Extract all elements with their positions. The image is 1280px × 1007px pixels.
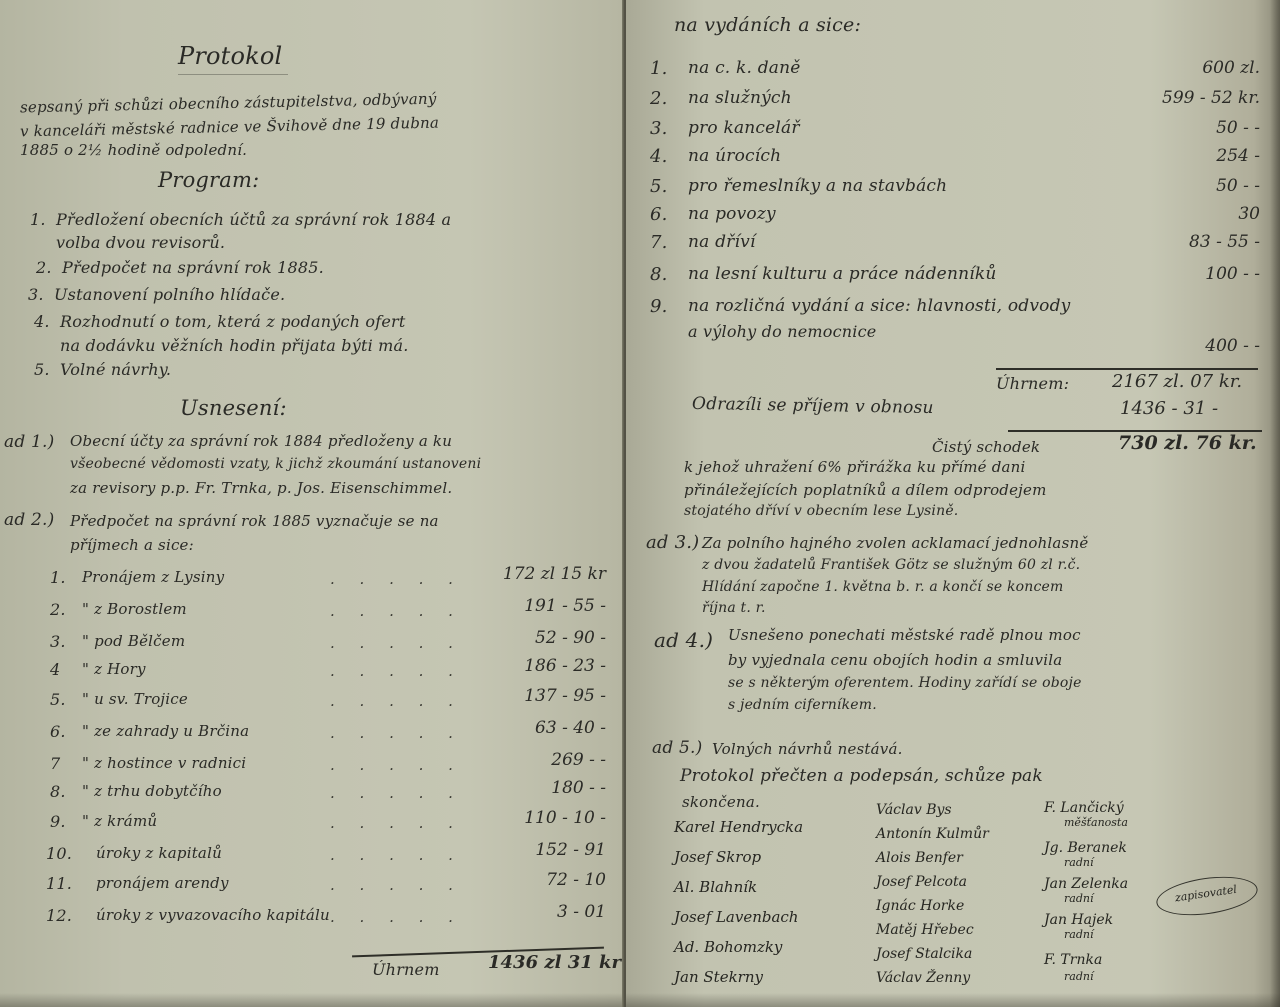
income-item-number: 11. bbox=[46, 874, 72, 893]
expense-item-description: na rozličná vydání a sice: hlavnosti, od… bbox=[688, 296, 1070, 316]
program-heading: Program: bbox=[158, 168, 259, 192]
leader-dots: . . . . . bbox=[330, 908, 463, 926]
income-item-amount: 191 - 55 - bbox=[524, 596, 606, 616]
signature: Jan Zelenka bbox=[1044, 876, 1128, 892]
expense-item-description: pro kancelář bbox=[688, 118, 800, 138]
income-item-description: " ze zahrady u Brčina bbox=[82, 722, 249, 740]
ad4-line: Usnešeno ponechati městské radě plnou mo… bbox=[728, 626, 1081, 644]
income-item-number: 5. bbox=[50, 690, 66, 709]
ad4-line: by vyjednala cenu obojích hodin a smluvi… bbox=[728, 651, 1062, 669]
ad1-label: ad 1.) bbox=[4, 432, 54, 452]
page-shadow bbox=[0, 993, 624, 1007]
program-item-number: 3. bbox=[28, 285, 44, 304]
income-item-description: " z krámů bbox=[82, 812, 157, 830]
expense-item-description-cont: a výlohy do nemocnice bbox=[688, 322, 876, 341]
ad1-line: za revisory p.p. Fr. Trnka, p. Jos. Eise… bbox=[70, 479, 452, 497]
signature: F. Trnka bbox=[1044, 952, 1102, 968]
program-item-number: 2. bbox=[36, 258, 52, 277]
signature: Josef Pelcota bbox=[876, 874, 967, 890]
leader-dots: . . . . . bbox=[330, 634, 463, 652]
expense-item-number: 9. bbox=[650, 296, 668, 317]
signature: radní bbox=[1064, 892, 1093, 905]
program-item-text: Rozhodnutí o tom, která z podaných ofert bbox=[60, 312, 406, 331]
expense-item-number: 2. bbox=[650, 88, 668, 109]
income-item-number: 3. bbox=[50, 632, 66, 651]
income-item-description: " u sv. Trojice bbox=[82, 690, 188, 708]
program-item-text: Ustanovení polního hlídače. bbox=[54, 285, 285, 304]
intro-line: sepsaný při schůzi obecního zástupitelst… bbox=[20, 90, 437, 117]
intro-line: v kanceláři městské radnice ve Švihově d… bbox=[20, 114, 439, 141]
leader-dots: . . . . . bbox=[330, 662, 463, 680]
resolutions-heading: Usnesení: bbox=[180, 396, 287, 420]
income-item-amount: 152 - 91 bbox=[535, 840, 606, 860]
expense-item-amount: 30 bbox=[1238, 204, 1260, 224]
open-ledger-spread: Protokol sepsaný při schůzi obecního zás… bbox=[0, 0, 1280, 1007]
ad3-line: z dvou žadatelů František Götz se služný… bbox=[702, 557, 1080, 573]
signature: Ignác Horke bbox=[876, 898, 964, 914]
deficit-note-line: stojatého dříví v obecním lese Lysině. bbox=[684, 503, 958, 519]
income-item-amount: 180 - - bbox=[551, 778, 606, 798]
expense-item-amount: 100 - - bbox=[1205, 264, 1260, 284]
signature: Matěj Hřebec bbox=[876, 922, 974, 938]
program-item-number: 1. bbox=[30, 210, 46, 229]
leader-dots: . . . . . bbox=[330, 724, 463, 742]
program-item-number: 4. bbox=[34, 312, 50, 331]
signature: měšťanosta bbox=[1064, 816, 1128, 829]
ad1-line: Obecní účty za správní rok 1884 předlože… bbox=[70, 432, 452, 450]
signature: Josef Skrop bbox=[674, 848, 761, 866]
ad4-line: s jedním ciferníkem. bbox=[728, 697, 877, 713]
signature: Alois Benfer bbox=[876, 850, 963, 866]
income-item-description: " z Borostlem bbox=[82, 600, 187, 618]
income-item-amount: 72 - 10 bbox=[546, 870, 606, 890]
income-total-label: Úhrnem bbox=[372, 960, 440, 979]
ad3-line: října t. r. bbox=[702, 600, 766, 616]
income-item-amount: 63 - 40 - bbox=[535, 718, 606, 738]
signature: Antonín Kulmůr bbox=[876, 826, 989, 842]
expense-item-number: 8. bbox=[650, 264, 668, 285]
signature: Jg. Beranek bbox=[1044, 840, 1127, 856]
signature: Al. Blahník bbox=[674, 878, 757, 896]
income-item-number: 4 bbox=[50, 660, 60, 679]
expense-item-number: 1. bbox=[650, 58, 668, 79]
signature: Josef Lavenbach bbox=[674, 908, 798, 926]
program-item-text: volba dvou revisorů. bbox=[56, 233, 225, 252]
leader-dots: . . . . . bbox=[330, 570, 463, 588]
subtract-label: Odrazíli se příjem v obnosu bbox=[692, 394, 934, 418]
ad4-line: se s některým oferentem. Hodiny zařídí s… bbox=[728, 675, 1082, 691]
signature: Ad. Bohomzky bbox=[674, 938, 782, 956]
income-item-number: 9. bbox=[50, 812, 66, 831]
intro-line: 1885 o 2½ hodině odpolední. bbox=[20, 141, 247, 159]
left-page: Protokol sepsaný při schůzi obecního zás… bbox=[0, 0, 624, 1007]
expense-item-number: 4. bbox=[650, 146, 668, 167]
right-page: na vydáních a sice: 1.na c. k. daně600 z… bbox=[626, 0, 1280, 1007]
signature: Václav Ženny bbox=[876, 970, 970, 986]
income-item-amount: 3 - 01 bbox=[557, 902, 606, 922]
expense-item-description: na služných bbox=[688, 88, 792, 108]
signature: Josef Stalcika bbox=[876, 946, 972, 962]
signature: Jan Hajek bbox=[1044, 912, 1113, 928]
ad3-label: ad 3.) bbox=[646, 532, 699, 553]
ad4-label: ad 4.) bbox=[654, 628, 713, 652]
income-item-amount: 186 - 23 - bbox=[524, 656, 606, 676]
signature: F. Lančický bbox=[1044, 800, 1124, 816]
income-item-number: 6. bbox=[50, 722, 66, 741]
ad2-label: ad 2.) bbox=[4, 510, 54, 530]
expense-item-description: na dříví bbox=[688, 232, 756, 252]
expense-item-description: na lesní kulturu a práce nádenníků bbox=[688, 264, 997, 284]
ad3-line: Hlídání započne 1. května b. r. a končí … bbox=[702, 579, 1064, 595]
expenses-total-amount: 2167 zl. 07 kr. bbox=[1112, 371, 1242, 392]
expenses-total-label: Úhrnem: bbox=[996, 374, 1069, 393]
program-item-text: na dodávku věžních hodin přijata býti má… bbox=[60, 336, 409, 355]
ad2-line: příjmech a sice: bbox=[70, 536, 194, 554]
income-item-amount: 110 - 10 - bbox=[524, 808, 606, 828]
seal-text: zapisovatel bbox=[1174, 883, 1238, 905]
signature: radní bbox=[1064, 928, 1093, 941]
income-item-number: 8. bbox=[50, 782, 66, 801]
signature: Jan Stekrny bbox=[674, 968, 763, 986]
deficit-note-line: k jehož uhražení 6% přirážka ku přímé da… bbox=[684, 458, 1026, 476]
income-item-amount: 137 - 95 - bbox=[524, 686, 606, 706]
program-item-text: Volné návrhy. bbox=[60, 360, 171, 379]
leader-dots: . . . . . bbox=[330, 692, 463, 710]
expense-item-number: 5. bbox=[650, 176, 668, 197]
income-item-amount: 172 zl 15 kr bbox=[503, 564, 606, 584]
expense-item-description: pro řemeslníky a na stavbách bbox=[688, 176, 947, 196]
closing-line: Protokol přečten a podepsán, schůze pak bbox=[680, 766, 1043, 786]
leader-dots: . . . . . bbox=[330, 784, 463, 802]
expenses-total-rule bbox=[996, 368, 1258, 370]
subtract-amount: 1436 - 31 - bbox=[1120, 398, 1218, 419]
expense-item-description: na úrocích bbox=[688, 146, 781, 166]
ad5-label: ad 5.) bbox=[652, 738, 702, 758]
income-item-amount: 52 - 90 - bbox=[535, 628, 606, 648]
expense-item-number: 3. bbox=[650, 118, 668, 139]
program-item-text: Předpočet na správní rok 1885. bbox=[62, 258, 324, 277]
income-item-number: 1. bbox=[50, 568, 66, 587]
income-item-description: " z trhu dobytčího bbox=[82, 782, 222, 800]
closing-line: skončena. bbox=[682, 793, 760, 811]
expense-item-amount: 254 - bbox=[1216, 146, 1260, 166]
expense-item-amount: 83 - 55 - bbox=[1189, 232, 1260, 252]
ad1-line: všeobecné vědomosti vzaty, k jichž zkoum… bbox=[70, 456, 481, 472]
income-item-number: 12. bbox=[46, 906, 72, 925]
seal-oval: zapisovatel bbox=[1154, 871, 1260, 921]
income-item-description: úroky z kapitalů bbox=[96, 844, 222, 862]
signature: Karel Hendrycka bbox=[674, 818, 803, 836]
income-item-amount: 269 - - bbox=[551, 750, 606, 770]
signature: radní bbox=[1064, 856, 1093, 869]
income-item-number: 7 bbox=[50, 754, 60, 773]
deficit-note-line: přináležejících poplatníků a dílem odpro… bbox=[684, 481, 1047, 499]
income-total-amount: 1436 zl 31 kr bbox=[488, 952, 621, 973]
expense-item-amount: 50 - - bbox=[1216, 118, 1260, 138]
expense-item-number: 7. bbox=[650, 232, 668, 253]
leader-dots: . . . . . bbox=[330, 846, 463, 864]
leader-dots: . . . . . bbox=[330, 814, 463, 832]
leader-dots: . . . . . bbox=[330, 756, 463, 774]
leader-dots: . . . . . bbox=[330, 876, 463, 894]
program-item-number: 5. bbox=[34, 360, 50, 379]
expense-item-amount: 50 - - bbox=[1216, 176, 1260, 196]
program-item-text: Předložení obecních účtů za správní rok … bbox=[56, 210, 451, 229]
signature: radní bbox=[1064, 970, 1093, 983]
ad2-line: Předpočet na správní rok 1885 vyznačuje … bbox=[70, 512, 439, 530]
income-item-description: " z hostince v radnici bbox=[82, 754, 246, 772]
income-item-number: 10. bbox=[46, 844, 72, 863]
protocol-title: Protokol bbox=[178, 42, 282, 70]
expense-item-number: 6. bbox=[650, 204, 668, 225]
ad3-line: Za polního hajného zvolen acklamací jedn… bbox=[702, 534, 1088, 552]
expense-item-description: na povozy bbox=[688, 204, 776, 224]
ad5-line: Volných návrhů nestává. bbox=[712, 740, 903, 758]
expense-item-amount: 599 - 52 kr. bbox=[1162, 88, 1260, 108]
expense-item-amount: 400 - - bbox=[1205, 336, 1260, 356]
income-item-description: pronájem arendy bbox=[96, 874, 229, 892]
leader-dots: . . . . . bbox=[330, 602, 463, 620]
income-item-description: úroky z vyvazovacího kapitálu bbox=[96, 906, 330, 924]
deficit-amount: 730 zl. 76 kr. bbox=[1118, 432, 1257, 454]
expense-item-description: na c. k. daně bbox=[688, 58, 801, 78]
income-item-description: " pod Bělčem bbox=[82, 632, 185, 650]
deficit-label: Čistý schodek bbox=[932, 438, 1040, 456]
income-item-description: Pronájem z Lysiny bbox=[82, 568, 224, 586]
signature: Václav Bys bbox=[876, 802, 952, 818]
expenses-heading: na vydáních a sice: bbox=[674, 14, 861, 36]
page-edge-shadow bbox=[1270, 0, 1280, 1007]
income-item-number: 2. bbox=[50, 600, 66, 619]
expense-item-amount: 600 zl. bbox=[1202, 58, 1260, 78]
title-underline bbox=[178, 74, 288, 75]
income-item-description: " z Hory bbox=[82, 660, 146, 678]
page-shadow bbox=[626, 993, 1280, 1007]
